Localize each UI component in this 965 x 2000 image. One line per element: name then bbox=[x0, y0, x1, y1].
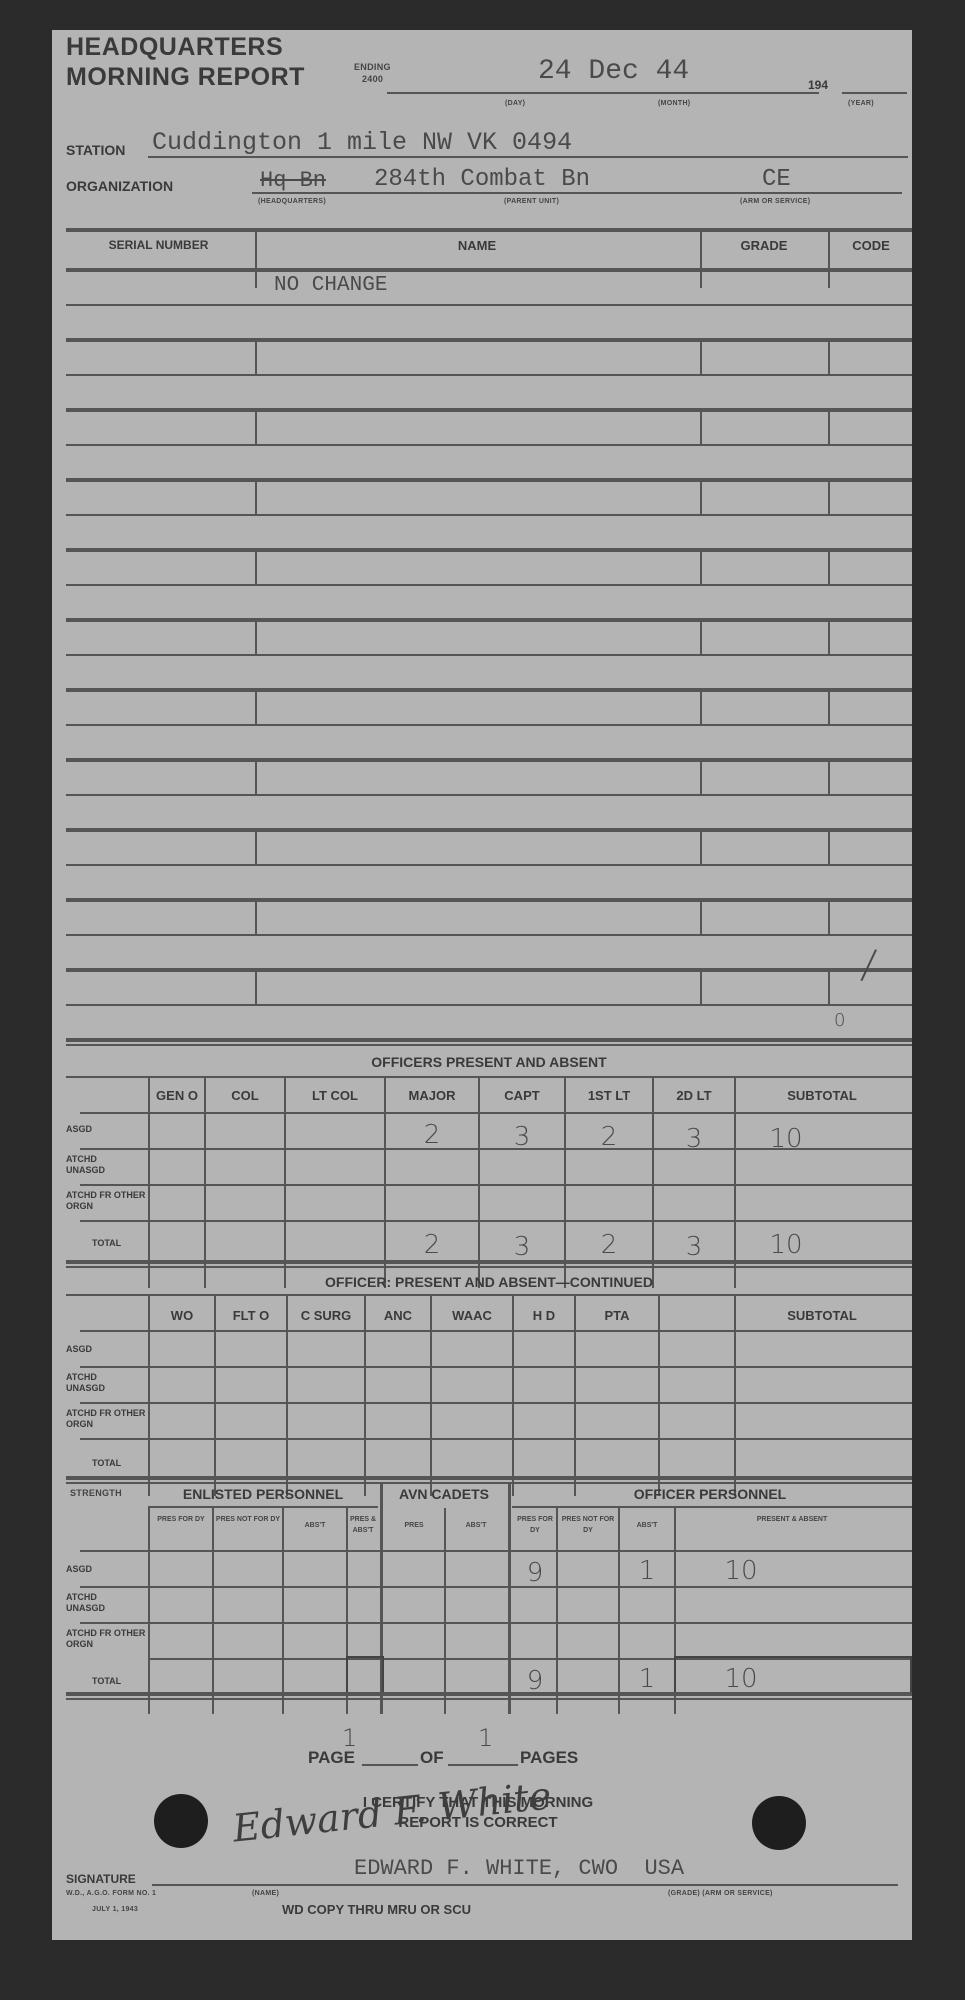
organization-arm-service: CE bbox=[762, 166, 791, 193]
avn-cadets-title: AVN CADETS bbox=[382, 1486, 506, 1502]
total-major: 2 bbox=[386, 1230, 478, 1260]
col-c-surg: C SURG bbox=[288, 1308, 364, 1323]
col-subtotal-continued: SUBTOTAL bbox=[736, 1308, 908, 1323]
day-caption: (DAY) bbox=[505, 100, 525, 107]
col-waac: WAAC bbox=[432, 1308, 512, 1323]
col-1st-lt: 1ST LT bbox=[566, 1088, 652, 1103]
col-name: NAME bbox=[257, 238, 697, 253]
col-officer-pres-not-for-dy: PRES NOT FOR DY bbox=[558, 1514, 618, 1536]
report-date: 24 Dec 44 bbox=[538, 56, 689, 87]
col-2d-lt: 2D LT bbox=[654, 1088, 734, 1103]
col-lt-col: LT COL bbox=[286, 1088, 384, 1103]
col-cadets-abst: ABS'T bbox=[446, 1520, 506, 1531]
officer-total-abst: 1 bbox=[620, 1664, 674, 1694]
row-label-atchd-unasgd: ATCHD UNASGD bbox=[66, 1154, 136, 1176]
row-label-asgd: ASGD bbox=[66, 1124, 92, 1135]
organization-label: ORGANIZATION bbox=[66, 178, 173, 194]
strength-row-atchd-unasgd: ATCHD UNASGD bbox=[66, 1592, 136, 1614]
col-grade: GRADE bbox=[702, 238, 826, 253]
strength-row-asgd: ASGD bbox=[66, 1564, 92, 1575]
total-capt: 3 bbox=[480, 1232, 564, 1262]
form-title-line1: HEADQUARTERS bbox=[66, 32, 283, 62]
arm-service-caption: (ARM OR SERVICE) bbox=[740, 198, 810, 205]
name-caption: (NAME) bbox=[252, 1890, 279, 1897]
officers-continued-title: OFFICER: PRESENT AND ABSENT—CONTINUED bbox=[66, 1274, 912, 1290]
col-gen-o: GEN O bbox=[150, 1088, 204, 1103]
grade-caption: (GRADE) (ARM OR SERVICE) bbox=[668, 1890, 773, 1897]
year-caption: (YEAR) bbox=[848, 100, 874, 107]
officer-total-present-absent: 10 bbox=[676, 1664, 806, 1694]
col-pta: PTA bbox=[576, 1308, 658, 1323]
signature-label: SIGNATURE bbox=[66, 1872, 136, 1886]
asgd-1st-lt: 2 bbox=[566, 1122, 652, 1152]
binder-hole-left bbox=[154, 1794, 208, 1848]
total-2d-lt: 3 bbox=[654, 1232, 734, 1262]
col-capt: CAPT bbox=[480, 1088, 564, 1103]
handwritten-signature: Edward F. White bbox=[231, 1773, 554, 1850]
page-total: 1 bbox=[478, 1724, 493, 1752]
officers-section-title: OFFICERS PRESENT AND ABSENT bbox=[66, 1054, 912, 1070]
month-caption: (MONTH) bbox=[658, 100, 690, 107]
officer-asgd-abst: 1 bbox=[620, 1556, 674, 1586]
col-enlisted-pres-for-dy: PRES FOR DY bbox=[150, 1514, 212, 1525]
pages-label: PAGES bbox=[520, 1748, 578, 1768]
row-label-total: TOTAL bbox=[92, 1238, 121, 1249]
of-label: OF bbox=[420, 1748, 444, 1768]
asgd-major: 2 bbox=[386, 1120, 478, 1150]
margin-mark-zero: 0 bbox=[834, 1010, 845, 1031]
col-enlisted-pres-not-for-dy: PRES NOT FOR DY bbox=[214, 1514, 282, 1525]
total-subtotal: 10 bbox=[736, 1230, 836, 1260]
strength-label: STRENGTH bbox=[70, 1488, 122, 1498]
col-officer-pres-for-dy: PRES FOR DY bbox=[514, 1514, 556, 1536]
col-subtotal: SUBTOTAL bbox=[736, 1088, 908, 1103]
row-label-asgd-continued: ASGD bbox=[66, 1344, 92, 1355]
col-col: COL bbox=[206, 1088, 284, 1103]
officer-asgd-pres-for-dy: 9 bbox=[514, 1558, 556, 1588]
col-enlisted-abst: ABS'T bbox=[284, 1520, 346, 1531]
binder-hole-right bbox=[752, 1796, 806, 1850]
ending-time: 2400 bbox=[362, 74, 383, 84]
col-anc: ANC bbox=[366, 1308, 430, 1323]
ending-label: ENDING bbox=[354, 62, 391, 72]
col-wo: WO bbox=[150, 1308, 214, 1323]
form-number: W.D., A.G.O. FORM NO. 1 bbox=[66, 1890, 156, 1897]
officer-asgd-present-absent: 10 bbox=[676, 1556, 806, 1586]
year-prefix: 194 bbox=[808, 78, 828, 92]
officer-personnel-title: OFFICER PERSONNEL bbox=[512, 1486, 908, 1502]
col-flt-o: FLT O bbox=[216, 1308, 286, 1323]
col-code: CODE bbox=[832, 238, 910, 253]
asgd-subtotal: 10 bbox=[736, 1124, 836, 1154]
col-enlisted-pres-abst: PRES & ABS'T bbox=[348, 1514, 378, 1536]
strength-row-total: TOTAL bbox=[92, 1676, 121, 1687]
strength-row-atchd-fr-other: ATCHD FR OTHER ORGN bbox=[66, 1628, 146, 1650]
asgd-capt: 3 bbox=[480, 1122, 564, 1152]
total-1st-lt: 2 bbox=[566, 1230, 652, 1260]
row-label-atchd-fr-other-continued: ATCHD FR OTHER ORGN bbox=[66, 1408, 146, 1430]
copy-routing-note: WD COPY THRU MRU OR SCU bbox=[282, 1902, 471, 1917]
col-officer-present-absent: PRESENT & ABSENT bbox=[676, 1514, 908, 1525]
col-hd: H D bbox=[514, 1308, 574, 1323]
organization-headquarters: Hq Bn bbox=[260, 168, 326, 193]
typed-signer-name: EDWARD F. WHITE, CWO USA bbox=[354, 1856, 684, 1881]
margin-mark-slash: / bbox=[859, 941, 879, 988]
row-label-atchd-unasgd-continued: ATCHD UNASGD bbox=[66, 1372, 136, 1394]
parent-unit-caption: (PARENT UNIT) bbox=[504, 198, 559, 205]
row-label-total-continued: TOTAL bbox=[92, 1458, 121, 1469]
station-label: STATION bbox=[66, 142, 125, 158]
entry-name-1: NO CHANGE bbox=[274, 274, 387, 297]
page-label: PAGE bbox=[308, 1748, 355, 1768]
asgd-2d-lt: 3 bbox=[654, 1124, 734, 1154]
col-major: MAJOR bbox=[386, 1088, 478, 1103]
form-date: JULY 1, 1943 bbox=[92, 1906, 138, 1913]
morning-report-form: HEADQUARTERS MORNING REPORT ENDING 2400 … bbox=[52, 30, 912, 1940]
form-title-line2: MORNING REPORT bbox=[66, 62, 305, 92]
station-value: Cuddington 1 mile NW VK 0494 bbox=[152, 128, 572, 157]
col-officer-abst: ABS'T bbox=[620, 1520, 674, 1531]
col-cadets-pres: PRES bbox=[384, 1520, 444, 1531]
headquarters-caption: (HEADQUARTERS) bbox=[258, 198, 326, 205]
enlisted-personnel-title: ENLISTED PERSONNEL bbox=[148, 1486, 378, 1502]
col-serial-number: SERIAL NUMBER bbox=[66, 238, 251, 252]
row-label-atchd-fr-other: ATCHD FR OTHER ORGN bbox=[66, 1190, 146, 1212]
organization-parent-unit: 284th Combat Bn bbox=[374, 166, 590, 193]
